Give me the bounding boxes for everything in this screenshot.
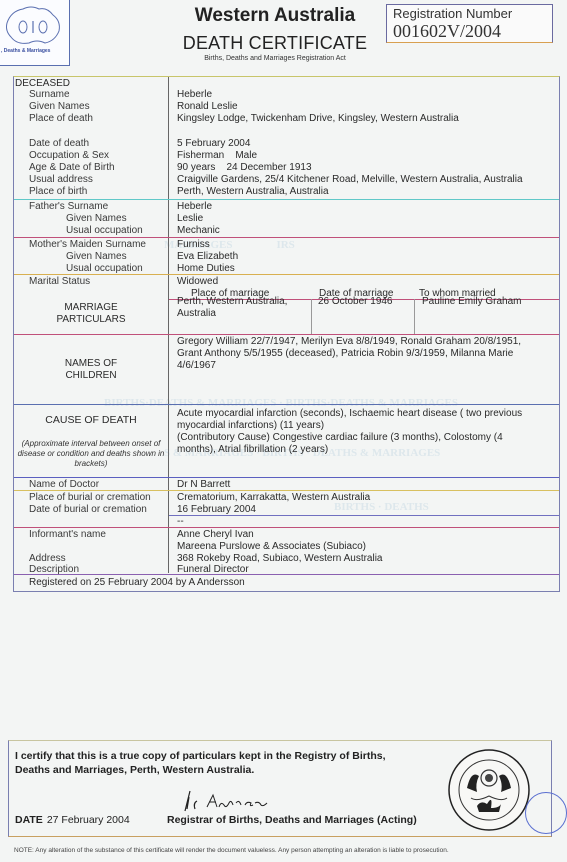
father-given-value: Leslie: [177, 213, 203, 225]
informant-address-label: Address: [29, 553, 66, 565]
alteration-notice: NOTE: Any alteration of the substance of…: [14, 847, 449, 854]
place-of-birth-value: Perth, Western Australia, Australia: [177, 186, 329, 198]
surname-value: Heberle: [177, 89, 212, 101]
column-divider: [311, 299, 312, 334]
mother-occupation-value: Home Duties: [177, 263, 235, 275]
age-dob-value: 90 years 24 December 1913: [177, 162, 312, 174]
father-occupation-label: Usual occupation: [66, 225, 143, 237]
registrar-signature: [181, 789, 281, 813]
marriage-date-value: 26 October 1946: [318, 296, 393, 308]
father-given-label: Given Names: [66, 213, 127, 225]
cause-line: myocardial infarctions) (11 years): [177, 420, 324, 432]
certification-statement: I certify that this is a true copy of pa…: [15, 749, 386, 777]
age-dob-label: Age & Date of Birth: [29, 162, 115, 174]
cause-line: months), Atrial fibrillation (2 years): [177, 444, 328, 456]
mother-given-label: Given Names: [66, 251, 127, 263]
given-names-label: Given Names: [29, 101, 90, 113]
australia-map-icon: [1, 3, 65, 47]
cause-note: (Approximate interval between onset of: [14, 439, 168, 449]
deceased-section-label: DECEASED: [15, 78, 70, 90]
column-divider: [168, 77, 169, 573]
given-names-value: Ronald Leslie: [177, 101, 238, 113]
usual-address-value: Craigville Gardens, 25/4 Kitchener Road,…: [177, 174, 523, 186]
informant-address-value: 368 Rokeby Road, Subiaco, Western Austra…: [177, 553, 383, 565]
usual-address-label: Usual address: [29, 174, 93, 186]
certificate-particulars-table: MARRIAGES IRS BIRTHS·DEATHS & MARRIAGES …: [13, 76, 560, 592]
column-divider: [414, 299, 415, 334]
divider: [14, 574, 559, 575]
place-of-death-label: Place of death: [29, 113, 93, 125]
state-title: Western Australia: [150, 5, 400, 27]
divider: [169, 515, 559, 516]
mother-given-value: Eva Elizabeth: [177, 251, 238, 263]
children-line: Gregory William 22/7/1947, Merilyn Eva 8…: [177, 336, 521, 348]
marriage-section-label-2: PARTICULARS: [14, 314, 168, 326]
informant-name-label: Informant's name: [29, 529, 106, 541]
marriage-section-label: MARRIAGE: [14, 302, 168, 314]
stamp-circle: [525, 792, 567, 834]
informant-org-value: Mareena Purslowe & Associates (Subiaco): [177, 541, 366, 553]
mother-surname-value: Furniss: [177, 239, 210, 251]
cause-line: Acute myocardial infarction (seconds), I…: [177, 408, 522, 420]
certification-date: DATE27 February 2004: [15, 814, 130, 826]
burial-place-value: Crematorium, Karrakatta, Western Austral…: [177, 492, 370, 504]
cause-line: (Contributory Cause) Congestive cardiac …: [177, 432, 503, 444]
children-line: 4/6/1967: [177, 360, 216, 372]
certification-box: I certify that this is a true copy of pa…: [8, 740, 552, 837]
children-line: Grant Anthony 5/5/1955 (deceased), Patri…: [177, 348, 513, 360]
father-surname-label: Father's Surname: [29, 201, 108, 213]
divider: [14, 274, 559, 275]
doctor-label: Name of Doctor: [29, 479, 99, 491]
divider: [14, 237, 559, 238]
divider: [14, 490, 559, 491]
registered-statement: Registered on 25 February 2004 by A Ande…: [29, 577, 245, 589]
surname-label: Surname: [29, 89, 70, 101]
marriage-spouse-value: Pauline Emily Graham: [422, 296, 521, 308]
occupation-sex-value: Fisherman Male: [177, 150, 257, 162]
date-label: DATE: [15, 814, 43, 826]
marriage-place-value: Perth, Western Australia,: [177, 296, 287, 308]
cause-note: disease or condition and deaths shown in: [14, 449, 168, 459]
burial-extra-value: --: [177, 516, 184, 528]
father-occupation-value: Mechanic: [177, 225, 220, 237]
cause-section-label: CAUSE OF DEATH: [14, 415, 168, 427]
burial-date-label: Date of burial or cremation: [29, 504, 147, 516]
divider: [14, 477, 559, 478]
divider: [14, 334, 559, 335]
marital-status-value: Widowed: [177, 276, 218, 288]
marriage-place-value-2: Australia: [177, 308, 216, 320]
registration-number-label: Registration Number: [393, 6, 512, 21]
divider: [14, 199, 559, 200]
divider: [14, 527, 559, 528]
marital-status-label: Marital Status: [29, 276, 90, 288]
date-of-death-label: Date of death: [29, 138, 89, 150]
certification-line: Deaths and Marriages, Perth, Western Aus…: [15, 763, 386, 777]
bdm-logo: , Deaths & Marriages: [0, 0, 70, 66]
mother-surname-label: Mother's Maiden Surname: [29, 239, 146, 251]
certification-line: I certify that this is a true copy of pa…: [15, 749, 386, 763]
burial-date-value: 16 February 2004: [177, 504, 256, 516]
date-value: 27 February 2004: [47, 814, 130, 826]
registration-number-box: Registration Number 001602V/2004: [386, 4, 553, 43]
divider: [14, 404, 559, 405]
children-section-label-2: CHILDREN: [14, 370, 168, 382]
date-of-death-value: 5 February 2004: [177, 138, 250, 150]
registration-act: Births, Deaths and Marriages Registratio…: [150, 55, 400, 62]
burial-place-label: Place of burial or cremation: [29, 492, 151, 504]
place-of-birth-label: Place of birth: [29, 186, 87, 198]
doctor-value: Dr N Barrett: [177, 479, 230, 491]
official-seal-icon: [447, 748, 531, 832]
children-section-label: NAMES OF: [14, 358, 168, 370]
place-of-death-value: Kingsley Lodge, Twickenham Drive, Kingsl…: [177, 113, 459, 125]
father-surname-value: Heberle: [177, 201, 212, 213]
cause-note: brackets): [14, 459, 168, 469]
registration-number: 001602V/2004: [393, 21, 501, 42]
logo-caption: , Deaths & Marriages: [1, 48, 50, 54]
occupation-sex-label: Occupation & Sex: [29, 150, 109, 162]
mother-occupation-label: Usual occupation: [66, 263, 143, 275]
certificate-title: DEATH CERTIFICATE: [150, 33, 400, 54]
informant-name-value: Anne Cheryl Ivan: [177, 529, 254, 541]
registrar-title: Registrar of Births, Deaths and Marriage…: [167, 814, 417, 826]
